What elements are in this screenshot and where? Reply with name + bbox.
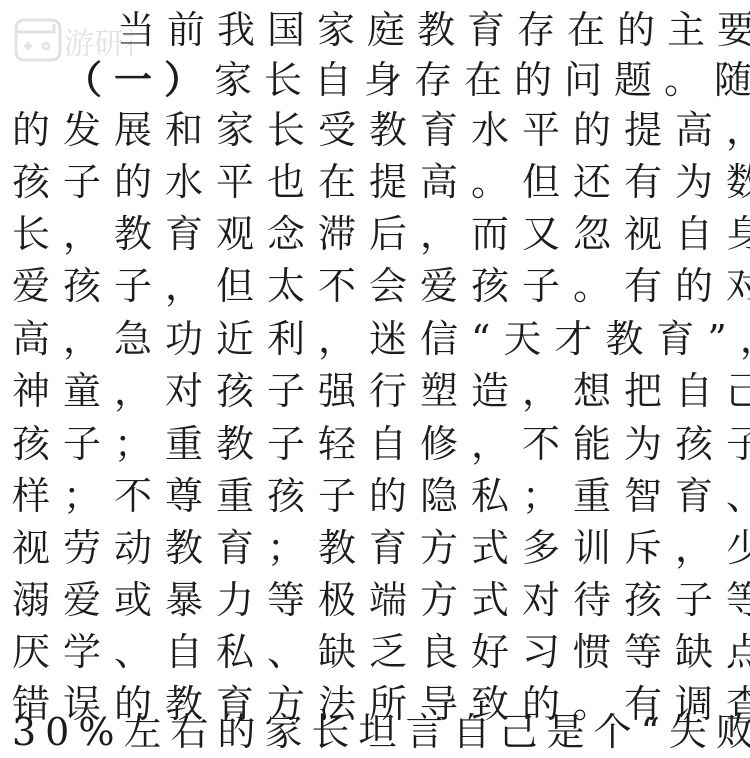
intro-line: 当前我国家庭教育存在的主要问题是：	[117, 4, 729, 56]
paragraph-line: 孩子的水平也在提高。但还有为数相当多的家	[12, 156, 738, 208]
paragraph-line: 神童，对孩子强行塑造，想把自己的愿望强加给	[12, 365, 738, 417]
paragraph-line: 爱孩子，但太不会爱孩子。有的对孩子期望值过	[12, 260, 738, 312]
paragraph-line: 厌学、自私、缺乏良好习惯等缺点，主要是家长	[12, 626, 738, 678]
paragraph-line: 的发展和家长受教育水平的提高，我国家长教育	[12, 104, 738, 156]
section-heading-line: （一）家长自身存在的问题。随着教育事业	[64, 54, 730, 106]
document-page: 游研社 当前我国家庭教育存在的主要问题是： （一）家长自身存在的问题。随着教育事…	[0, 0, 750, 758]
paragraph-line: 视劳动教育；教育方式多训斥，少疏导，以及用	[12, 522, 738, 574]
section-marker: （一）	[64, 57, 214, 102]
paragraph-line: 30%左右的家长坦言自己是个“失败的父母”。	[12, 706, 738, 758]
paragraph-line: 长，教育观念滞后，而又忽视自身学习，他们太	[12, 208, 738, 260]
paragraph-line: 溺爱或暴力等极端方式对待孩子等。孩子任性、	[12, 574, 738, 626]
paragraph-line: 家长自身存在的问题。随着教育事业	[214, 58, 750, 102]
paragraph-line: 高，急功近利，迷信“天才教育”，希望“克隆”	[12, 313, 738, 365]
paragraph-line: 孩子；重教子轻自修，不能为孩子做出做人的榜	[12, 418, 738, 470]
paragraph-line: 样；不尊重孩子的隐私；重智育、轻德育，不重	[12, 470, 738, 522]
